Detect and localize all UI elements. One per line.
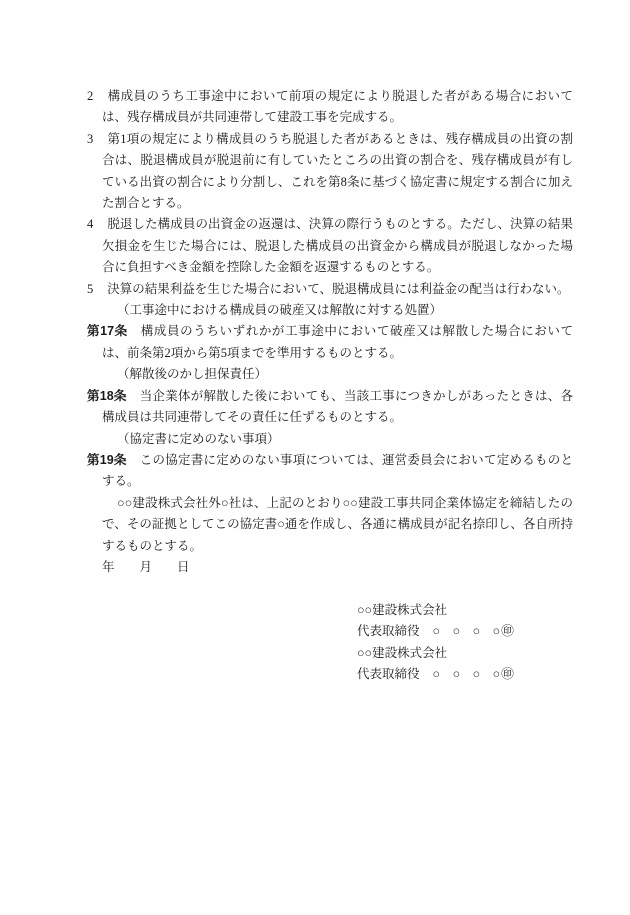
document-page: 2構成員のうち工事途中において前項の規定により脱退した者がある場合においては、残… bbox=[0, 0, 630, 915]
clause-text: 決算の結果利益を生じた場合において、脱退構成員には利益金の配当は行わない。 bbox=[107, 282, 569, 296]
clause-text: 構成員のうち工事途中において前項の規定により脱退した者がある場合においては、残存… bbox=[102, 89, 573, 124]
article-18: 第18条当企業体が解散した後においても、当該工事につきかしがあったときは、各構成… bbox=[102, 386, 573, 429]
article-number: 第19条 bbox=[87, 453, 127, 467]
representative-title: 代表取締役 bbox=[357, 667, 420, 681]
signature-block: ○○建設株式会社 代表取締役○ ○ ○ ○㊞ ○○建設株式会社 代表取締役○ ○… bbox=[357, 600, 573, 686]
clause-paragraph-5: 5決算の結果利益を生じた場合において、脱退構成員には利益金の配当は行わない。 bbox=[102, 279, 573, 300]
date-line: 年 月 日 bbox=[102, 557, 573, 578]
article-text: 当企業体が解散した後においても、当該工事につきかしがあったときは、各構成員は共同… bbox=[102, 389, 573, 424]
closing-paragraph: ○○建設株式会社外○社は、上記のとおり○○建設工事共同企業体協定を締結したので、… bbox=[102, 493, 573, 557]
caption-article-17: （工事途中における構成員の破産又は解散に対する処置） bbox=[102, 300, 573, 321]
article-text: 構成員のうちいずれかが工事途中において破産又は解散した場合においては、前条第2項… bbox=[102, 324, 573, 359]
signature-representative-1: 代表取締役○ ○ ○ ○㊞ bbox=[357, 621, 573, 642]
representative-name: ○ ○ ○ ○ bbox=[433, 667, 501, 681]
article-text: この協定書に定めのない事項については、運営委員会において定めるものとする。 bbox=[102, 453, 573, 488]
caption-article-19: （協定書に定めのない事項） bbox=[102, 429, 573, 450]
signature-representative-2: 代表取締役○ ○ ○ ○㊞ bbox=[357, 664, 573, 685]
document-body: 2構成員のうち工事途中において前項の規定により脱退した者がある場合においては、残… bbox=[102, 86, 573, 685]
article-number: 第18条 bbox=[87, 389, 127, 403]
article-number: 第17条 bbox=[87, 324, 128, 338]
clause-paragraph-3: 3第1項の規定により構成員のうち脱退した者があるときは、残存構成員の出資の割合は… bbox=[102, 129, 573, 215]
representative-name: ○ ○ ○ ○ bbox=[433, 624, 501, 638]
caption-article-18: （解散後のかし担保責任） bbox=[102, 364, 573, 385]
article-19: 第19条この協定書に定めのない事項については、運営委員会において定めるものとする… bbox=[102, 450, 573, 493]
clause-number: 3 bbox=[87, 132, 93, 146]
clause-number: 2 bbox=[87, 89, 93, 103]
signature-company-2: ○○建設株式会社 bbox=[357, 643, 573, 664]
clause-number: 4 bbox=[87, 217, 93, 231]
representative-title: 代表取締役 bbox=[357, 624, 420, 638]
clause-text: 第1項の規定により構成員のうち脱退した者があるときは、残存構成員の出資の割合は、… bbox=[102, 132, 573, 210]
seal-mark-icon: ㊞ bbox=[501, 667, 514, 681]
clause-number: 5 bbox=[87, 282, 93, 296]
article-17: 第17条構成員のうちいずれかが工事途中において破産又は解散した場合においては、前… bbox=[102, 321, 573, 364]
clause-text: 脱退した構成員の出資金の返還は、決算の際行うものとする。ただし、決算の結果欠損金… bbox=[102, 217, 573, 274]
seal-mark-icon: ㊞ bbox=[501, 624, 514, 638]
clause-paragraph-4: 4脱退した構成員の出資金の返還は、決算の際行うものとする。ただし、決算の結果欠損… bbox=[102, 214, 573, 278]
signature-company-1: ○○建設株式会社 bbox=[357, 600, 573, 621]
clause-paragraph-2: 2構成員のうち工事途中において前項の規定により脱退した者がある場合においては、残… bbox=[102, 86, 573, 129]
